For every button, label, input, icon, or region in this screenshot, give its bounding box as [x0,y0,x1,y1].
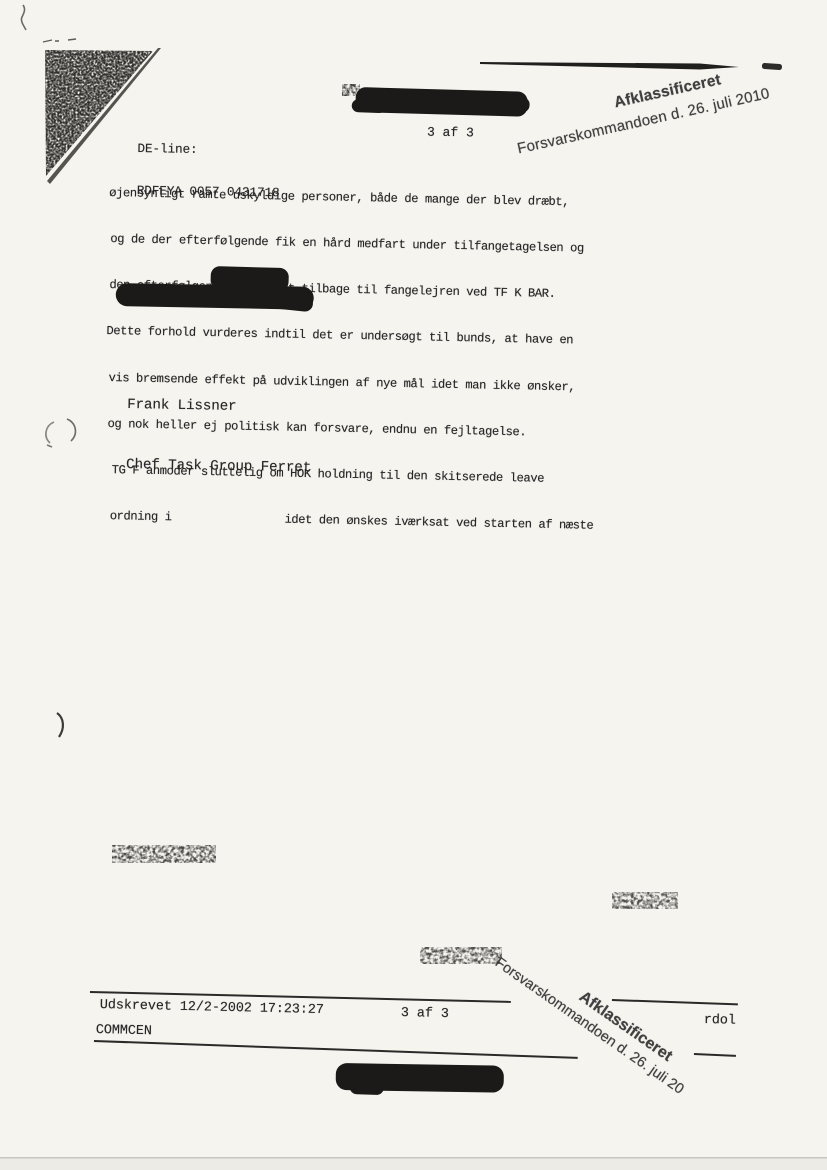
scanned-document-page: DE-line: RDFEYA 0057 0431718 3 af 3 Afkl… [0,0,827,1170]
declass-stamp-top: Afklassificeret Forsvarskommandoen d. 26… [503,57,779,163]
footer-rule-top-right [612,999,738,1005]
footer-rule-bottom-right [694,1053,736,1057]
declass-stamp-bottom-title: Afklassificeret [517,946,734,1107]
signature-title: Chef Task Group Ferret [126,455,311,478]
redaction-bar-top-bump-left [352,99,386,113]
smudge-mark-left [112,845,216,863]
body-line-suffix: idet den ønskes iværksat ved starten af … [284,513,593,533]
punch-hole-tick [47,445,52,447]
page-indicator-top: 3 af 3 [427,125,474,141]
pen-curve-mark [57,713,63,737]
scanner-edge-line [0,1157,827,1159]
redaction-bar-top-bump-right [497,96,530,113]
footer-station-label: COMMCEN [96,1023,152,1039]
small-tick-mark-left [43,40,59,42]
footer-page-indicator: 3 af 3 [401,1006,449,1022]
footer-printed-timestamp: Udskrevet 12/2-2002 17:23:27 [100,998,324,1018]
footer-rule-bottom-left [94,1040,578,1059]
punch-hole-mark [46,422,54,443]
signature-name: Frank Lissner [127,395,312,418]
fold-crease-line [480,62,739,70]
declass-stamp-bottom: Afklassificeret Forsvarskommandoen d. 26… [481,929,710,1107]
pen-squiggle-mark [21,5,26,30]
redaction-bar-bottom-bump [350,1080,384,1095]
smudge-mark-right [612,892,678,909]
scanner-edge-strip [0,1159,827,1170]
signature-block: Frank Lissner Chef Task Group Ferret [125,355,313,518]
footer-operator-initials: rdol [704,1013,736,1029]
body-line: og de der efterfølgende fik en hård medf… [110,232,599,257]
small-tick-mark-right [68,39,76,40]
redacted-word-gap [171,521,284,523]
body-line: øjensynligt ramte uskyldige personer, bå… [109,186,600,211]
declass-stamp-bottom-authority: Forsvarskommandoen d. 26. juli 20 [481,946,698,1107]
body-line: Dette forhold vurderes indtil det er und… [106,324,597,349]
punch-hole-mark-right-arc [67,419,75,441]
